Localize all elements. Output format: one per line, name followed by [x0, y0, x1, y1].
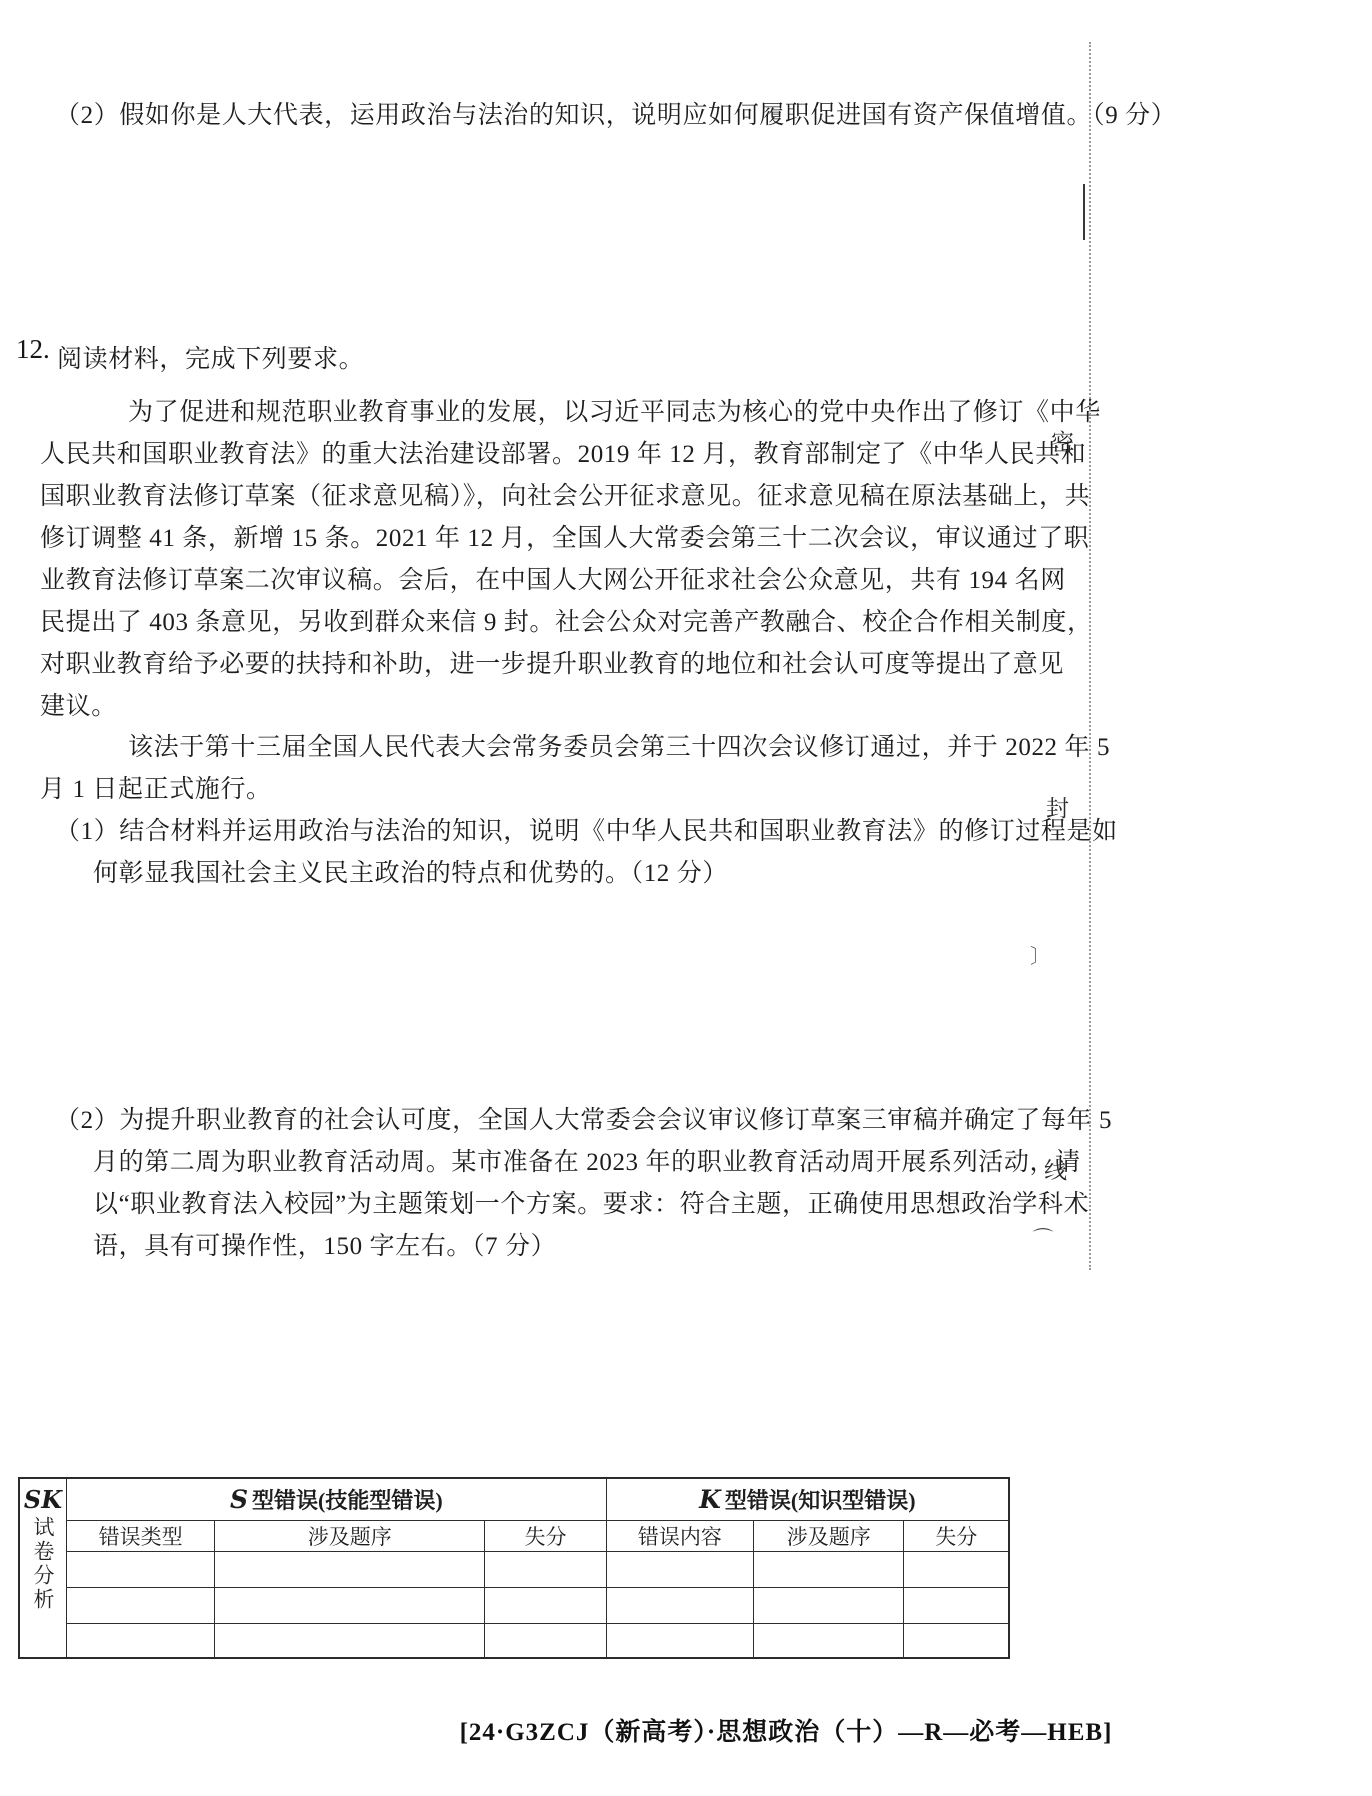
empty-cell — [606, 1623, 753, 1659]
empty-cell — [214, 1587, 484, 1623]
material-line: 对职业教育给予必要的扶持和补助，进一步提升职业教育的地位和社会认可度等提出了意见 — [40, 648, 1040, 682]
question-12-sub2-line: （2）为提升职业教育的社会认可度，全国人大常委会会议审议修订草案三审稿并确定了每… — [55, 1104, 1048, 1138]
empty-cell — [67, 1587, 214, 1623]
empty-cell — [484, 1587, 605, 1623]
binding-seal-dotted-line — [1089, 42, 1091, 1270]
scan-artifact-mark: ⌒ — [1033, 1222, 1053, 1251]
empty-cell — [753, 1623, 903, 1659]
empty-cell — [214, 1623, 484, 1659]
material-line: 民提出了 403 条意见，另收到群众来信 9 封。社会公众对完善产教融合、校企合… — [40, 606, 1040, 640]
col-header-error-content: 错误内容 — [606, 1520, 753, 1551]
analysis-table-side-label: SK 试卷分析 — [20, 1479, 67, 1657]
empty-cell — [903, 1551, 1008, 1587]
k-header-text: 型错误(知识型错误) — [725, 1484, 916, 1515]
analysis-table: SK 试卷分析 S 型错误(技能型错误) K 型错误(知识型错误) 错误类型 涉… — [18, 1477, 1010, 1659]
seal-char-xian: 线 — [1044, 1152, 1067, 1185]
question-12-stem: 阅读材料，完成下列要求。 — [57, 343, 364, 377]
empty-cell — [606, 1587, 753, 1623]
material-line: 人民共和国职业教育法》的重大法治建设部署。2019 年 12 月，教育部制定了《… — [40, 438, 1040, 472]
margin-tick-line — [1083, 184, 1085, 240]
side-label-sk: SK — [24, 1485, 62, 1514]
material-line: 建议。 — [40, 690, 117, 724]
question-12-sub2-line: 语，具有可操作性，150 字左右。（7 分） — [93, 1230, 556, 1264]
empty-cell — [753, 1551, 903, 1587]
k-letter: K — [699, 1485, 721, 1514]
material-line: 国职业教育法修订草案（征求意见稿）》，向社会公开征求意见。征求意见稿在原法基础上… — [40, 480, 1040, 514]
empty-cell — [214, 1551, 484, 1587]
col-header-lost-score: 失分 — [903, 1520, 1008, 1551]
question-12-sub2-line: 以“职业教育法入校园”为主题策划一个方案。要求：符合主题，正确使用思想政治学科术 — [93, 1188, 1040, 1222]
seal-char-mi: 密 — [1051, 424, 1074, 457]
material-line: 为了促进和规范职业教育事业的发展，以习近平同志为核心的党中央作出了修订《中华 — [128, 396, 1040, 430]
side-label-text: 试卷分析 — [28, 1516, 58, 1612]
scan-artifact-mark: 〕 — [1030, 940, 1050, 969]
question-12-sub2-line: 月的第二周为职业教育活动周。某市准备在 2023 年的职业教育活动周开展系列活动… — [93, 1146, 1040, 1180]
exam-paper-page: { "prev_question": { "line": "（2）假如你是人大代… — [0, 0, 1372, 1796]
col-header-error-type: 错误类型 — [67, 1520, 214, 1551]
col-header-question-ref: 涉及题序 — [753, 1520, 903, 1551]
seal-char-feng: 封 — [1046, 790, 1069, 823]
material-line: 业教育法修订草案二次审议稿。会后，在中国人大网公开征求社会公众意见，共有 194… — [40, 564, 1040, 598]
question-12-sub1-line: 何彰显我国社会主义民主政治的特点和优势的。（12 分） — [93, 857, 728, 891]
empty-cell — [903, 1587, 1008, 1623]
material-line: 该法于第十三届全国人民代表大会常务委员会第三十四次会议修订通过，并于 2022 … — [128, 731, 1040, 765]
material-line: 月 1 日起正式施行。 — [40, 773, 272, 807]
col-header-lost-score: 失分 — [484, 1520, 605, 1551]
s-header-text: 型错误(技能型错误) — [252, 1484, 443, 1515]
empty-cell — [903, 1623, 1008, 1659]
empty-cell — [484, 1623, 605, 1659]
analysis-table-grid: S 型错误(技能型错误) K 型错误(知识型错误) 错误类型 涉及题序 失分 错… — [67, 1479, 1008, 1657]
k-error-header: K 型错误(知识型错误) — [606, 1479, 1008, 1520]
col-header-question-ref: 涉及题序 — [214, 1520, 484, 1551]
page-footer-code: [24·G3ZCJ（新高考）·思想政治（十）—R—必考—HEB] — [200, 1712, 1372, 1748]
empty-cell — [67, 1551, 214, 1587]
empty-cell — [67, 1623, 214, 1659]
empty-cell — [484, 1551, 605, 1587]
question-11-sub2-line: （2）假如你是人大代表，运用政治与法治的知识，说明应如何履职促进国有资产保值增值… — [55, 99, 1045, 133]
empty-cell — [753, 1587, 903, 1623]
question-12-sub1-line: （1）结合材料并运用政治与法治的知识，说明《中华人民共和国职业教育法》的修订过程… — [55, 815, 1048, 849]
empty-cell — [606, 1551, 753, 1587]
material-line: 修订调整 41 条，新增 15 条。2021 年 12 月，全国人大常委会第三十… — [40, 522, 1040, 556]
question-12-number: 12. — [16, 334, 50, 365]
s-letter: S — [230, 1485, 248, 1514]
s-error-header: S 型错误(技能型错误) — [67, 1479, 606, 1520]
